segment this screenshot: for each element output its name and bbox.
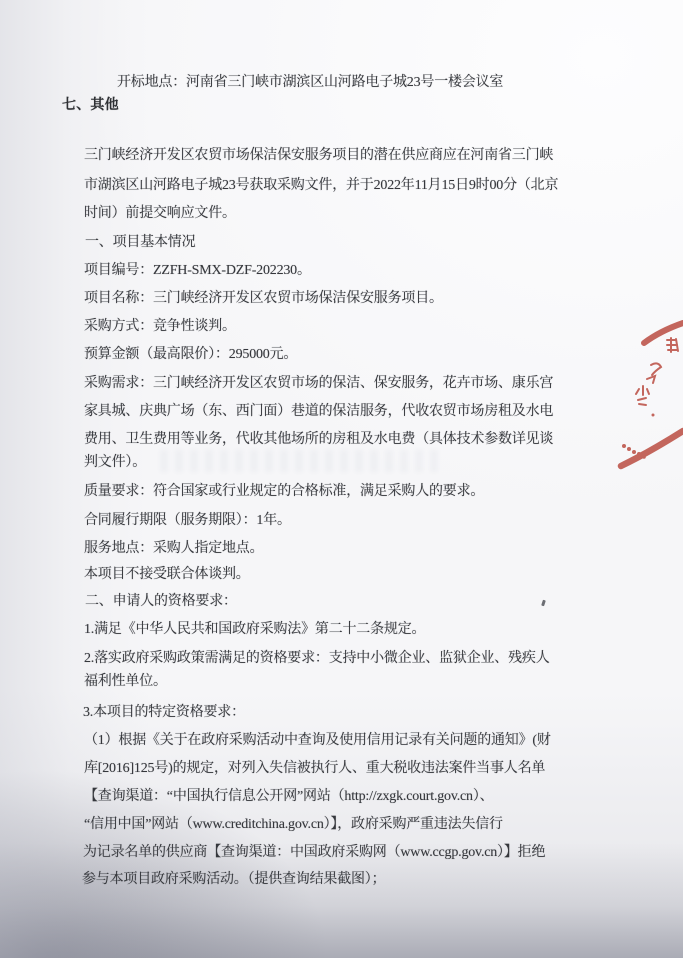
qualification-item-1-line: 1.满足《中华人民共和国政府采购法》第二十二条规定。 [84,620,425,640]
credit-check-line-3: 【查询渠道：“中国执行信息公开网”网站（http://zxgk.court.go… [84,787,493,807]
project-number-line: 项目编号：ZZFH-SMX-DZF-202230。 [84,261,311,281]
procurement-demand-line-3: 费用、卫生费用等业务，代收其他场所的房租及水电费（具体技术参数详见谈 [84,430,553,450]
project-name-line: 项目名称：三门峡经济开发区农贸市场保洁保安服务项目。 [84,289,443,309]
section-two-heading: 二、申请人的资格要求： [85,592,237,612]
section-one-heading: 一、项目基本情况 [85,233,195,253]
budget-amount-line: 预算金额（最高限价）：295000元。 [84,345,297,365]
qualification-item-2-line-2: 福利性单位。 [84,672,167,692]
procurement-demand-line-2: 家具城、庆典广场（东、西门面）巷道的保洁服务，代收农贸市场房租及水电 [84,402,553,422]
credit-check-line-2: 库[2016]125号)的规定，对列入失信被执行人、重大税收违法案件当事人名单 [84,759,545,779]
qualification-item-3-heading: 3.本项目的特定资格要求： [83,703,245,723]
seal-squiggle-marks [636,363,661,405]
bid-opening-location-line: 开标地点：河南省三门峡市湖滨区山河路电子城23号一楼会议室 [117,73,503,93]
intro-paragraph-line-3: 时间）前提交响应文件。 [84,204,236,224]
credit-check-line-4: “信用中国”网站（www.creditchina.gov.cn）】，政府采购严重… [84,815,503,835]
bleed-through-artifact [160,450,440,472]
section-seven-heading: 七、其他 [62,96,119,116]
no-consortium-line: 本项目不接受联合体谈判。 [84,565,250,585]
procurement-demand-line-4: 判文件）。 [84,453,146,473]
contract-period-line: 合同履行期限（服务期限）：1年。 [84,511,291,531]
credit-check-line-6: 参与本项目政府采购活动。（提供查询结果截图）； [82,870,385,890]
ink-speck-artifact [541,600,546,607]
credit-check-line-1: （1）根据《关于在政府采购活动中查询及使用信用记录有关问题的通知》(财 [84,731,551,751]
procurement-method-line: 采购方式：竞争性谈判。 [84,317,236,337]
procurement-demand-line-1: 采购需求：三门峡经济开发区农贸市场的保洁、保安服务，花卉市场、康乐宫 [84,374,553,394]
official-seal-stamp [610,315,683,475]
qualification-item-2-line-1: 2.落实政府采购政策需满足的资格要求：支持中小微企业、监狱企业、残疾人 [84,649,550,669]
intro-paragraph-line-1: 三门峡经济开发区农贸市场保洁保安服务项目的潜在供应商应在河南省三门峡 [84,146,553,166]
quality-requirement-line: 质量要求：符合国家或行业规定的合格标准，满足采购人的要求。 [84,482,484,502]
seal-character-marks [667,338,678,352]
scanned-document-page: 开标地点：河南省三门峡市湖滨区山河路电子城23号一楼会议室 七、其他 三门峡经济… [0,0,683,958]
service-location-line: 服务地点：采购人指定地点。 [84,539,263,559]
credit-check-line-5: 为记录名单的供应商【查询渠道：中国政府采购网（www.ccgp.gov.cn）】… [83,843,545,863]
intro-paragraph-line-2: 市湖滨区山河路电子城23号获取采购文件，并于2022年11月15日9时00分（北… [84,176,558,196]
